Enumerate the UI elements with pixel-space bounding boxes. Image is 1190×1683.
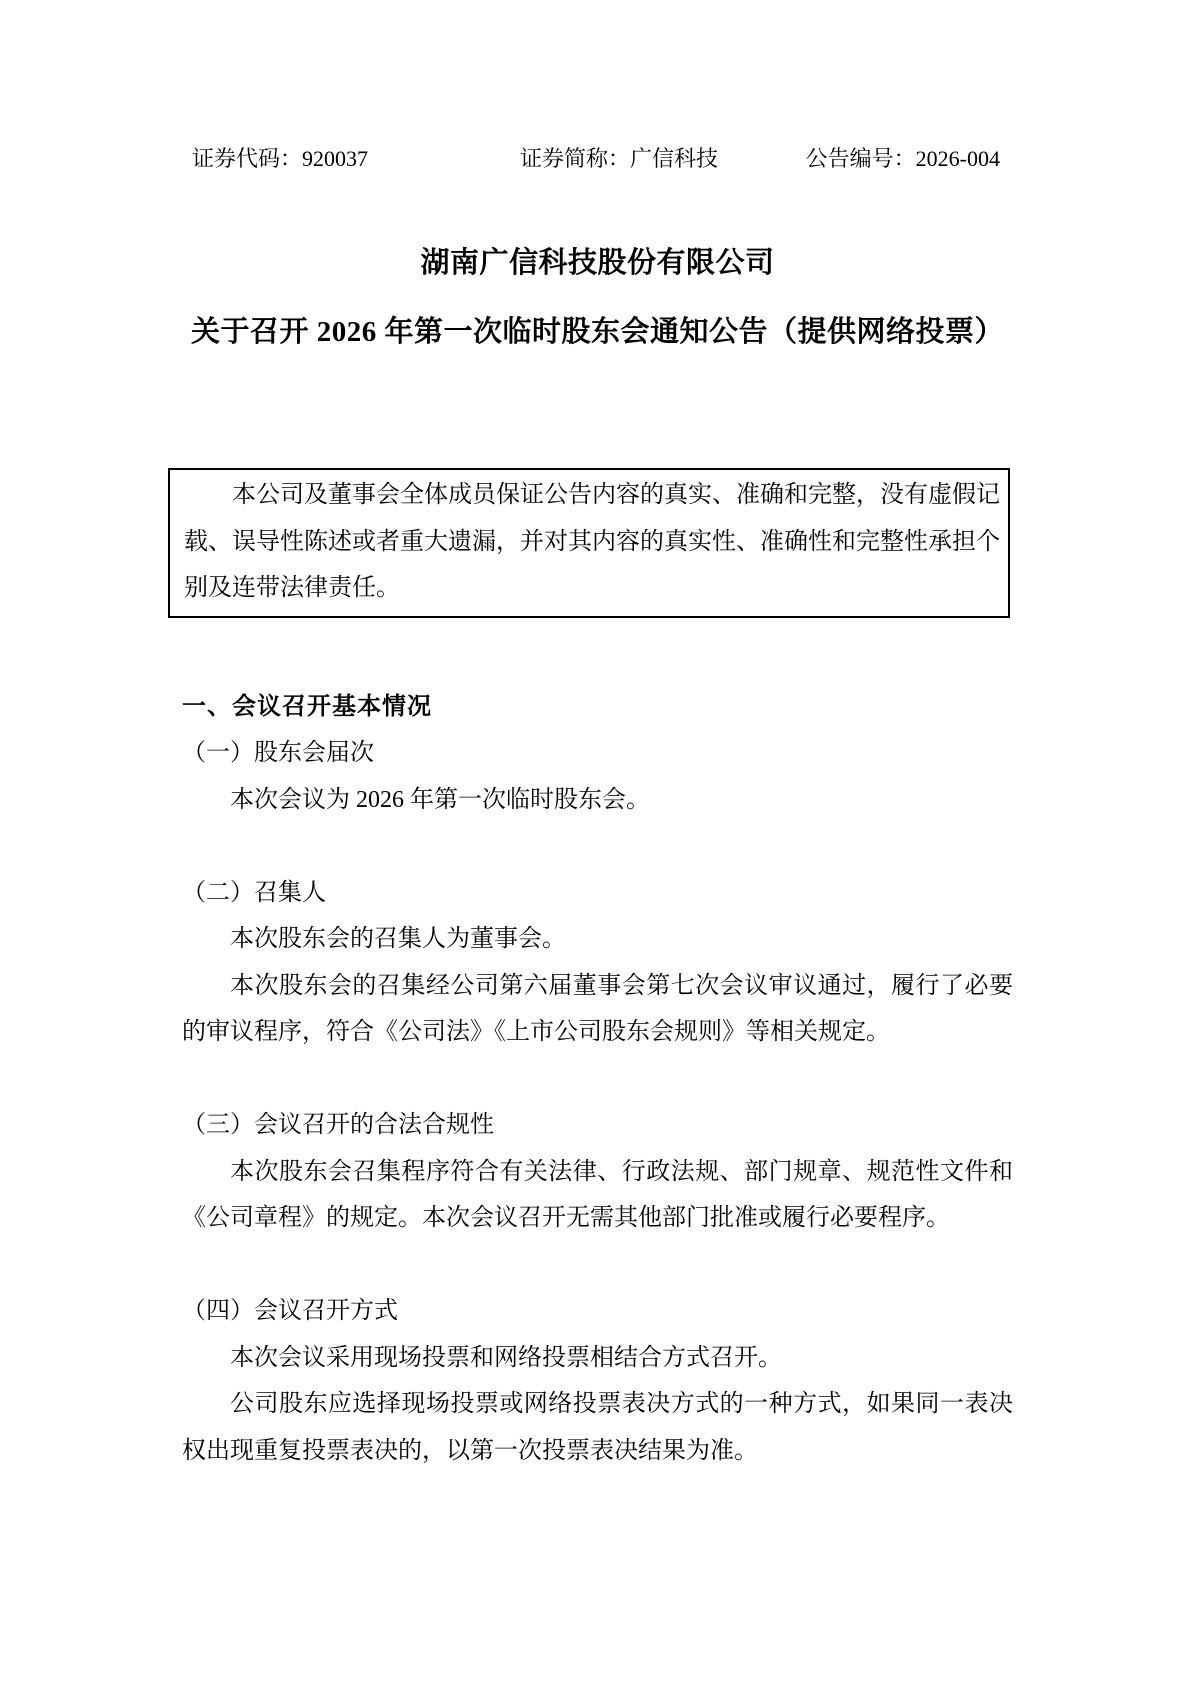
stock-abbreviation: 证券简称：广信科技 (520, 136, 718, 182)
subsection-4-paragraph-2: 公司股东应选择现场投票或网络投票表决方式的一种方式，如果同一表决权出现重复投票表… (182, 1381, 1013, 1474)
document-page: 证券代码：920037 证券简称：广信科技 公告编号：2026-004 湖南广信… (0, 0, 1190, 1683)
subsection-meeting-method: （四）会议召开方式 本次会议采用现场投票和网络投票相结合方式召开。 公司股东应选… (182, 1288, 1013, 1474)
section-1-heading: 一、会议召开基本情况 (182, 684, 1013, 731)
subsection-4-paragraph-1: 本次会议采用现场投票和网络投票相结合方式召开。 (182, 1335, 1013, 1382)
stock-code: 证券代码：920037 (192, 136, 368, 182)
disclaimer-text: 本公司及董事会全体成员保证公告内容的真实、准确和完整，没有虚假记载、误导性陈述或… (184, 472, 1000, 612)
subsection-2-paragraph-2: 本次股东会的召集经公司第六届董事会第七次会议审议通过，履行了必要的审议程序，符合… (182, 963, 1013, 1056)
subsection-legality: （三）会议召开的合法合规性 本次股东会召集程序符合有关法律、行政法规、部门规章、… (182, 1102, 1013, 1242)
subsection-3-paragraph: 本次股东会召集程序符合有关法律、行政法规、部门规章、规范性文件和《公司章程》的规… (182, 1149, 1013, 1242)
announcement-title: 关于召开 2026 年第一次临时股东会通知公告（提供网络投票） (182, 309, 1013, 355)
document-header: 证券代码：920037 证券简称：广信科技 公告编号：2026-004 (182, 136, 1013, 182)
company-name-title: 湖南广信科技股份有限公司 (182, 241, 1013, 285)
subsection-2-title: （二）召集人 (182, 870, 1013, 917)
subsection-meeting-session: （一）股东会届次 本次会议为 2026 年第一次临时股东会。 (182, 730, 1013, 823)
disclaimer-box: 本公司及董事会全体成员保证公告内容的真实、准确和完整，没有虚假记载、误导性陈述或… (168, 468, 1010, 618)
subsection-3-title: （三）会议召开的合法合规性 (182, 1102, 1013, 1149)
subsection-1-title: （一）股东会届次 (182, 730, 1013, 777)
subsection-4-title: （四）会议召开方式 (182, 1288, 1013, 1335)
subsection-2-paragraph-1: 本次股东会的召集人为董事会。 (182, 916, 1013, 963)
announcement-number: 公告编号：2026-004 (806, 136, 1000, 182)
subsection-convener: （二）召集人 本次股东会的召集人为董事会。 本次股东会的召集经公司第六届董事会第… (182, 870, 1013, 1056)
subsection-1-paragraph: 本次会议为 2026 年第一次临时股东会。 (182, 777, 1013, 824)
